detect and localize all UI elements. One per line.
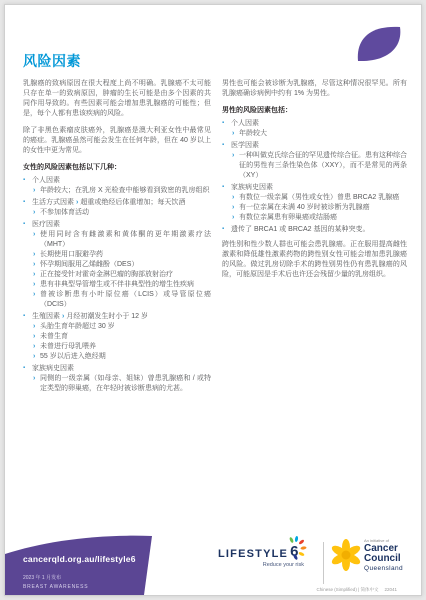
chevron-icon: ›	[33, 208, 35, 218]
chevron-icon: ›	[232, 129, 234, 139]
footer-published-date: 2023 年 1 月发布	[23, 574, 61, 581]
bullet-square-icon: ▪	[23, 363, 25, 373]
document-page: 风险因素 乳腺癌的致病原因在很大程度上尚不明确。乳腺癌不太可能只存在单一的致病原…	[4, 4, 422, 596]
chevron-icon: ›	[33, 280, 35, 290]
chevron-icon: ›	[232, 213, 234, 223]
closing-paragraph: 跨性别和性少数人群也可能会患乳腺癌。正在服用提高雌性激素和降低雄性激素药物的跨性…	[222, 240, 407, 280]
list-sub-text: 怀孕期间服用乙烯雌酚（DES）	[40, 261, 138, 268]
petal-icon	[300, 546, 306, 550]
chevron-icon: ›	[33, 374, 35, 384]
list-sub-text: 正在接受针对霍奇金淋巴瘤的胸部放射治疗	[40, 271, 173, 278]
list-item-label: 个人因素	[231, 120, 259, 127]
list-sub-text: 有一位亲属在未满 40 岁时被诊断为乳腺癌	[239, 204, 370, 211]
list-sub-item: ›同侧的一级亲属（如母亲、姐妹）曾患乳腺癌和 / 或特定类型的卵巢癌，在年轻时被…	[23, 374, 211, 394]
paragraph: 乳腺癌的致病原因在很大程度上尚不明确。乳腺癌不太可能只存在单一的致病原因，肿瘤的…	[23, 79, 211, 119]
chevron-icon: ›	[33, 332, 35, 342]
footer-campaign-label: BREAST AWARENESS	[23, 584, 88, 590]
chevron-icon: ›	[33, 250, 35, 260]
council-label: Council	[364, 554, 403, 564]
list-item-label: 生活方式因素	[32, 199, 74, 206]
list-sub-item: ›一种叫做克氏综合征的罕见遗传综合征。患有这种综合征的男性有三条性染色体（XXY…	[222, 151, 407, 181]
list-sub-text: 不参加体育活动	[40, 209, 89, 216]
list-item-label: 个人因素	[32, 177, 60, 184]
chevron-icon: ›	[33, 270, 35, 280]
list-sub-item: ›正在接受针对霍奇金淋巴瘤的胸部放射治疗	[23, 270, 211, 280]
list-sub-item: ›有数位亲属患有卵巢癌或结肠癌	[222, 213, 407, 223]
left-column: 乳腺癌的致病原因在很大程度上尚不明确。乳腺癌不太可能只存在单一的致病原因，肿瘤的…	[23, 79, 211, 394]
list-item: ▪生殖因素›月经初潮发生时小于 12 岁	[23, 312, 211, 322]
list-sub-item: ›未曾生育	[23, 332, 211, 342]
list-sub-text: 有数位亲属患有卵巢癌或结肠癌	[239, 214, 337, 221]
list-item: ▪个人因素	[222, 119, 407, 129]
lifestyle-six-mark: 6	[290, 543, 298, 561]
chevron-icon: ›	[232, 193, 234, 203]
petal-icon	[298, 551, 305, 556]
list-sub-item: ›长期使用口服避孕药	[23, 250, 211, 260]
doc-code: 22041	[384, 587, 397, 592]
list-sub-item: ›患有非典型导管增生或不伴非典型性的增生性疾病	[23, 280, 211, 290]
chevron-icon: ›	[232, 203, 234, 213]
bullet-square-icon: ▪	[222, 140, 224, 150]
list-item-label: 医学因素	[231, 142, 259, 149]
lifestyle-tagline: Reduce your risk	[218, 562, 304, 568]
male-list-intro: 男性的风险因素包括：	[222, 106, 407, 116]
list-sub-item: ›使用同时含有雌激素和黄体酮的更年期激素疗法（MHT）	[23, 230, 211, 250]
list-item: ▪医疗因素	[23, 220, 211, 230]
list-sub-text: 同侧的一级亲属（如母亲、姐妹）曾患乳腺癌和 / 或特定类型的卵巢癌，在年轻时被诊…	[40, 375, 211, 392]
list-sub-text: 年龄较大	[239, 130, 267, 137]
list-item-label: 医疗因素	[32, 221, 60, 228]
leaf-icon	[355, 23, 403, 63]
list-sub-item: ›不参加体育活动	[23, 208, 211, 218]
list-item-label: 遗传了 BRCA1 或 BRCA2 基因的某种突变。	[231, 226, 369, 233]
list-item-label: 家族病史因素	[231, 184, 273, 191]
list-sub-text: 未曾进行母乳喂养	[40, 343, 96, 350]
list-sub-text: 曾被诊断患有小叶原位癌（LCIS）或导管原位癌（DCIS）	[40, 291, 211, 308]
queensland-label: Queensland	[364, 565, 403, 572]
lifestyle6-logo-row: LIFESTYLE 6	[218, 543, 318, 561]
chevron-icon: ›	[33, 352, 35, 362]
list-sub-text: 头胎生育年龄超过 30 岁	[40, 323, 115, 330]
daffodil-icon	[331, 538, 361, 572]
chevron-icon: ›	[33, 342, 35, 352]
cancer-council-text: An initiative of Cancer Council Queensla…	[364, 538, 403, 572]
list-sub-text: 长期使用口服避孕药	[40, 251, 103, 258]
list-sub-text: 有数位一级亲属（男性或女性）曾患 BRCA2 乳腺癌	[239, 194, 399, 201]
chevron-icon: ›	[33, 230, 35, 240]
list-sub-item: ›未曾进行母乳喂养	[23, 342, 211, 352]
list-item-label: 家族病史因素	[32, 365, 74, 372]
list-item-inline-text: 月经初潮发生时小于 12 岁	[66, 313, 148, 320]
list-sub-text: 55 岁以后进入绝经期	[40, 353, 106, 360]
list-sub-item: ›曾被诊断患有小叶原位癌（LCIS）或导管原位癌（DCIS）	[23, 290, 211, 310]
list-item: ▪个人因素	[23, 176, 211, 186]
list-sub-item: ›头胎生育年龄超过 30 岁	[23, 322, 211, 332]
list-sub-item: ›有一位亲属在未满 40 岁时被诊断为乳腺癌	[222, 203, 407, 213]
list-sub-item: ›年龄较大	[222, 129, 407, 139]
list-item: ▪生活方式因素›超重或绝经后体重增加；每天饮酒	[23, 198, 211, 208]
bullet-square-icon: ▪	[23, 175, 25, 185]
lifestyle6-logo: LIFESTYLE 6 Reduce your risk	[218, 543, 318, 568]
list-item: ▪医学因素	[222, 141, 407, 151]
chevron-icon: ›	[33, 186, 35, 196]
list-sub-text: 患有非典型导管增生或不伴非典型性的增生性疾病	[40, 281, 194, 288]
bullet-square-icon: ▪	[23, 197, 25, 207]
bullet-square-icon: ▪	[23, 219, 25, 229]
list-item: ▪家族病史因素	[222, 183, 407, 193]
lifestyle-logo-text: LIFESTYLE	[218, 548, 288, 561]
list-sub-text: 未曾生育	[40, 333, 68, 340]
list-item: ▪遗传了 BRCA1 或 BRCA2 基因的某种突变。	[222, 225, 407, 235]
list-sub-text: 一种叫做克氏综合征的罕见遗传综合征。患有这种综合征的男性有三条性染色体（XXY）…	[239, 152, 407, 179]
chevron-icon: ›	[232, 151, 234, 161]
right-column: 男性也可能会被诊断为乳腺癌，尽管这种情况很罕见。所有乳腺癌确诊病例中约有 1% …	[222, 79, 407, 287]
paragraph: 除了非黑色素瘤皮肤癌外，乳腺癌是澳大利亚女性中最常见的癌症。乳腺癌虽然可能会发生…	[23, 126, 211, 156]
language-label: Chinese (Simplified) | 简体中文	[317, 587, 379, 592]
bullet-square-icon: ▪	[222, 224, 224, 234]
male-risk-list: ▪个人因素›年龄较大▪医学因素›一种叫做克氏综合征的罕见遗传综合征。患有这种综合…	[222, 119, 407, 235]
list-sub-item: ›有数位一级亲属（男性或女性）曾患 BRCA2 乳腺癌	[222, 193, 407, 203]
paragraph: 男性也可能会被诊断为乳腺癌，尽管这种情况很罕见。所有乳腺癌确诊病例中约有 1% …	[222, 79, 407, 99]
list-sub-item: ›55 岁以后进入绝经期	[23, 352, 211, 362]
list-sub-text: 使用同时含有雌激素和黄体酮的更年期激素疗法（MHT）	[40, 231, 211, 248]
logo-divider	[323, 542, 324, 584]
footer-url: cancerqld.org.au/lifestyle6	[23, 554, 136, 564]
petal-icon	[295, 536, 299, 542]
bullet-square-icon: ▪	[23, 311, 25, 321]
chevron-icon: ›	[33, 290, 35, 300]
language-note: Chinese (Simplified) | 简体中文22041	[317, 587, 397, 593]
female-list-intro: 女性的风险因素包括以下几种：	[23, 163, 211, 173]
chevron-icon: ›	[33, 322, 35, 332]
cancer-council-logo: An initiative of Cancer Council Queensla…	[331, 538, 403, 572]
page-title: 风险因素	[23, 51, 81, 71]
list-item-label: 生殖因素	[32, 313, 60, 320]
female-risk-list: ▪个人因素›年龄较大；在乳房 X 光检查中能够看到致密的乳房组织▪生活方式因素›…	[23, 176, 211, 394]
bullet-square-icon: ▪	[222, 182, 224, 192]
list-sub-item: ›年龄较大；在乳房 X 光检查中能够看到致密的乳房组织	[23, 186, 211, 196]
bullet-square-icon: ▪	[222, 118, 224, 128]
list-sub-text: 年龄较大；在乳房 X 光检查中能够看到致密的乳房组织	[40, 187, 210, 194]
list-item: ▪家族病史因素	[23, 364, 211, 374]
list-sub-item: ›怀孕期间服用乙烯雌酚（DES）	[23, 260, 211, 270]
list-item-inline-text: 超重或绝经后体重增加；每天饮酒	[80, 199, 185, 206]
chevron-icon: ›	[33, 260, 35, 270]
petal-icon	[298, 539, 305, 545]
